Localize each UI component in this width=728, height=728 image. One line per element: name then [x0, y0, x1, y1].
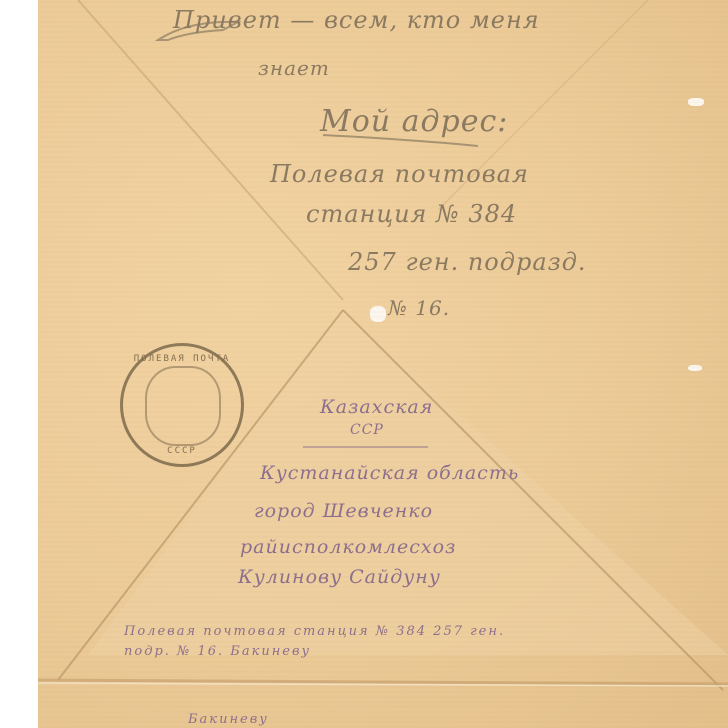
fold-tear — [370, 306, 386, 322]
address-line: 257 ген. подразд. — [348, 248, 587, 276]
stamp-center — [145, 366, 221, 446]
address-line: станция № 384 — [306, 200, 517, 228]
greeting-line: Привет — всем, кто меня — [173, 6, 540, 34]
address-heading: Мой адрес: — [320, 104, 508, 139]
address-line: № 16. — [388, 296, 450, 320]
letter-paper: Привет — всем, кто меня знает Мой адрес:… — [38, 0, 728, 728]
bottom-fragment: Бакиневу — [188, 712, 269, 727]
fold-lines — [38, 0, 728, 728]
address-line: Полевая почтовая — [270, 160, 529, 188]
recipient-org: райисполкомлесхоз — [240, 536, 456, 558]
recipient-region-2: ССР — [350, 422, 384, 438]
sender-line-2: подр. № 16. Бакиневу — [124, 644, 311, 659]
paper-spot — [688, 365, 702, 371]
recipient-city: город Шевченко — [254, 500, 433, 522]
sender-line-1: Полевая почтовая станция № 384 257 ген. — [124, 624, 505, 639]
recipient-name: Кулинову Сайдуну — [238, 566, 441, 588]
postmark-stamp: ПОЛЕВАЯ ПОЧТА СССР — [120, 343, 244, 467]
recipient-region: Казахская — [320, 396, 433, 418]
paper-spot — [688, 98, 704, 106]
recipient-oblast: Кустанайская область — [260, 462, 519, 484]
greeting-line-2: знает — [258, 56, 330, 80]
